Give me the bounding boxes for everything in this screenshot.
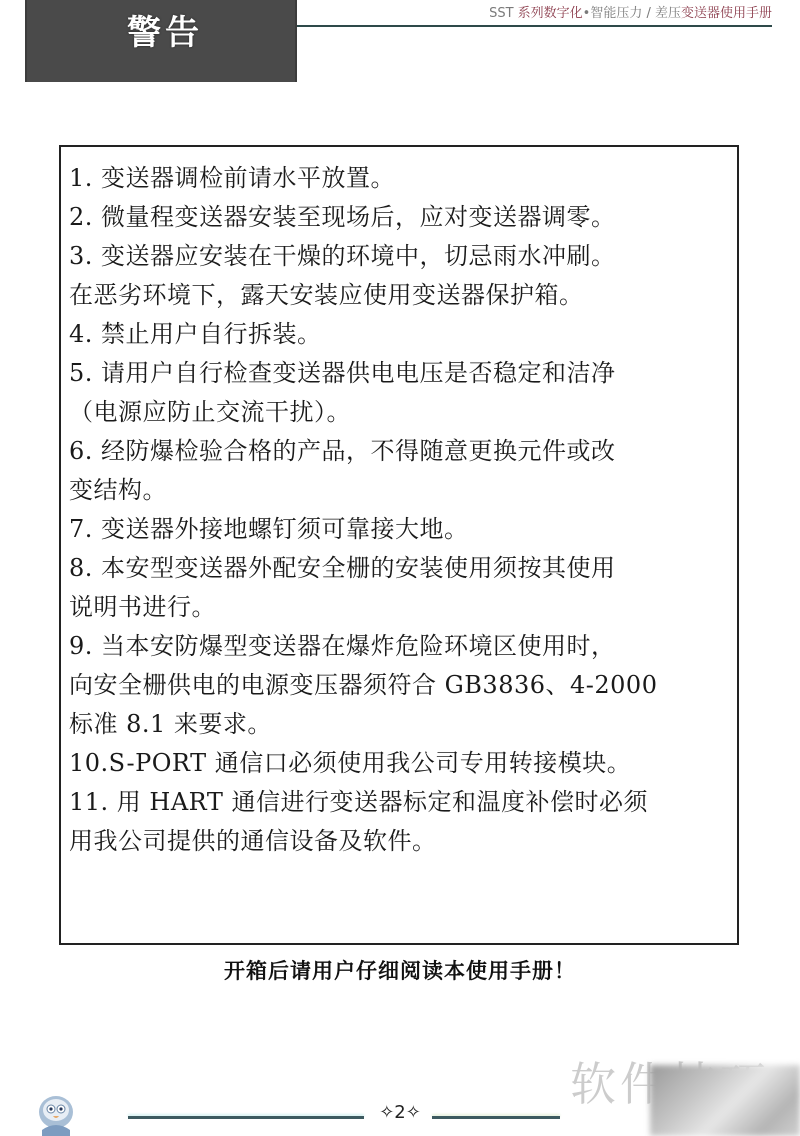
footer-rule-left <box>128 1116 364 1119</box>
read-manual-notice: 开箱后请用户仔细阅读本使用手册！ <box>0 955 800 985</box>
warning-box: 1. 变送器调检前请水平放置。 2. 微量程变送器安装至现场后，应对变送器调零。… <box>59 145 739 945</box>
subtitle-suffix: 变送器使用手册 <box>681 6 772 21</box>
warning-line: 变结构。 <box>69 471 729 510</box>
manual-subtitle: SST 系列数字化•智能压力 / 差压变送器使用手册 <box>489 2 772 21</box>
footer-rule-right <box>432 1116 560 1119</box>
warning-line: 1. 变送器调检前请水平放置。 <box>69 159 729 198</box>
warning-line: 在恶劣环境下，露天安装应使用变送器保护箱。 <box>69 276 729 315</box>
subtitle-mid: •智能压力 / 差压 <box>583 6 681 21</box>
warning-line: 6. 经防爆检验合格的产品，不得随意更换元件或改 <box>69 432 729 471</box>
warning-line: 5. 请用户自行检查变送器供电电压是否稳定和洁净 <box>69 354 729 393</box>
page-title: 警告 <box>127 5 203 54</box>
warning-line: 向安全栅供电的电源变压器须符合 GB3836、4-2000 <box>69 666 729 705</box>
warning-line: 2. 微量程变送器安装至现场后，应对变送器调零。 <box>69 198 729 237</box>
header-rule <box>297 25 772 27</box>
page-number: ✧2✧ <box>368 1102 432 1123</box>
warning-line: 标准 8.1 来要求。 <box>69 705 729 744</box>
warning-line: 用我公司提供的通信设备及软件。 <box>69 822 729 861</box>
warning-list: 1. 变送器调检前请水平放置。 2. 微量程变送器安装至现场后，应对变送器调零。… <box>69 159 729 861</box>
warning-line: 3. 变送器应安装在干燥的环境中，切忌雨水冲刷。 <box>69 237 729 276</box>
warning-line: 11. 用 HART 通信进行变送器标定和温度补偿时必须 <box>69 783 729 822</box>
warning-line: 7. 变送器外接地螺钉须可靠接大地。 <box>69 510 729 549</box>
mascot-icon <box>36 1090 82 1136</box>
warning-line: 4. 禁止用户自行拆装。 <box>69 315 729 354</box>
warning-line: 10.S-PORT 通信口必须使用我公司专用转接模块。 <box>69 744 729 783</box>
warning-line: （电源应防止交流干扰）。 <box>69 393 729 432</box>
warning-line: 8. 本安型变送器外配安全栅的安装使用须按其使用 <box>69 549 729 588</box>
warning-line: 说明书进行。 <box>69 588 729 627</box>
watermark-overlay <box>650 1065 800 1136</box>
subtitle-prefix: SST <box>489 6 518 21</box>
subtitle-accent: 系列数字化 <box>518 6 583 21</box>
header-tab: 警告 <box>25 0 297 82</box>
warning-line: 9. 当本安防爆型变送器在爆炸危险环境区使用时， <box>69 627 729 666</box>
